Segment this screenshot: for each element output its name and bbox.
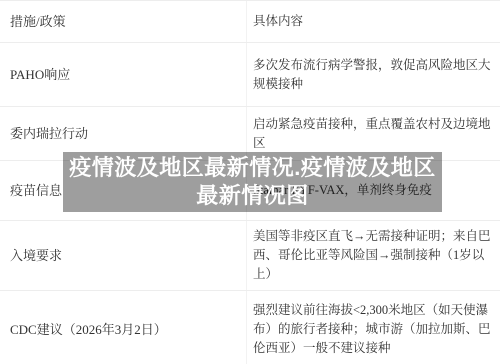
- row-content-paho-response: 多次发布流行病学警报，敦促高风险地区大规模接种: [246, 43, 500, 106]
- watermark-title-line1: 疫情波及地区最新情况.疫情波及地区: [63, 154, 442, 182]
- row-label-cdc-advice: CDC建议（2026年3月2日）: [0, 291, 246, 364]
- row-content-cdc-advice: 强烈建议前往海拔<2,300米地区（如天使瀑布）的旅行者接种；城市游（加拉加斯、…: [246, 291, 500, 364]
- page: 措施/政策 具体内容 PAHO响应 多次发布流行病学警报，敦促高风险地区大规模接…: [0, 0, 500, 364]
- header-cell-details: 具体内容: [246, 1, 500, 42]
- watermark-title-line2: 最新情况图: [63, 182, 442, 210]
- table-header-row: 措施/政策 具体内容: [0, 1, 500, 43]
- watermark-overlay: 疫情波及地区最新情况.疫情波及地区 最新情况图: [63, 152, 442, 212]
- row-content-entry-requirements: 美国等非疫区直飞→无需接种证明；来自巴西、哥伦比亚等风险国→强制接种（1岁以上）: [246, 221, 500, 290]
- table-row: PAHO响应 多次发布流行病学警报，敦促高风险地区大规模接种: [0, 43, 500, 107]
- header-cell-measures: 措施/政策: [0, 1, 246, 42]
- row-label-entry-requirements: 入境要求: [0, 221, 246, 290]
- row-label-paho-response: PAHO响应: [0, 43, 246, 106]
- table-row: CDC建议（2026年3月2日） 强烈建议前往海拔<2,300米地区（如天使瀑布…: [0, 291, 500, 364]
- table-row: 入境要求 美国等非疫区直飞→无需接种证明；来自巴西、哥伦比亚等风险国→强制接种（…: [0, 221, 500, 291]
